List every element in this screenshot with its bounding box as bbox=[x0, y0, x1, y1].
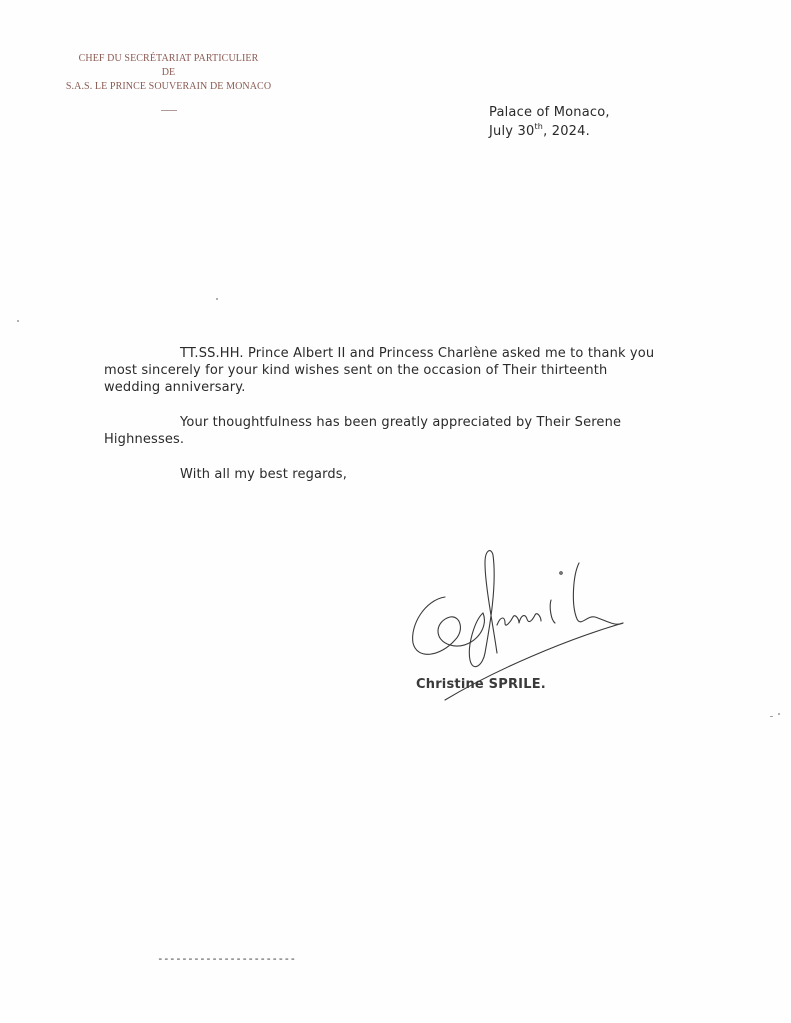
date-year: , 2024. bbox=[543, 124, 590, 139]
letterhead-line-3: S.A.S. LE PRINCE SOUVERAIN DE MONACO bbox=[46, 80, 291, 94]
scan-speck bbox=[216, 298, 218, 300]
date-main: July 30 bbox=[489, 124, 534, 139]
body-paragraph-2: Your thoughtfulness has been greatly app… bbox=[104, 414, 664, 448]
footer-dashed-line: ----------------------- bbox=[157, 952, 296, 965]
letter-page: CHEF DU SECRÉTARIAT PARTICULIER DE S.A.S… bbox=[0, 0, 791, 1023]
scan-speck bbox=[770, 716, 773, 717]
letterhead-line-1: CHEF DU SECRÉTARIAT PARTICULIER bbox=[46, 52, 291, 66]
body-closing: With all my best regards, bbox=[104, 466, 664, 483]
date-ordinal: th bbox=[534, 122, 543, 131]
scan-speck bbox=[17, 320, 19, 322]
dateline: Palace of Monaco, July 30th, 2024. bbox=[489, 103, 610, 141]
letterhead-line-2: DE bbox=[46, 66, 291, 80]
dateline-date: July 30th, 2024. bbox=[489, 122, 610, 141]
dateline-place: Palace of Monaco, bbox=[489, 103, 610, 122]
scan-speck bbox=[778, 713, 780, 715]
letterhead-rule bbox=[161, 110, 177, 111]
letterhead: CHEF DU SECRÉTARIAT PARTICULIER DE S.A.S… bbox=[46, 52, 291, 111]
letter-body: TT.SS.HH. Prince Albert II and Princess … bbox=[104, 345, 664, 501]
body-paragraph-1: TT.SS.HH. Prince Albert II and Princess … bbox=[104, 345, 664, 396]
signer-name: Christine SPRILE. bbox=[416, 677, 546, 692]
